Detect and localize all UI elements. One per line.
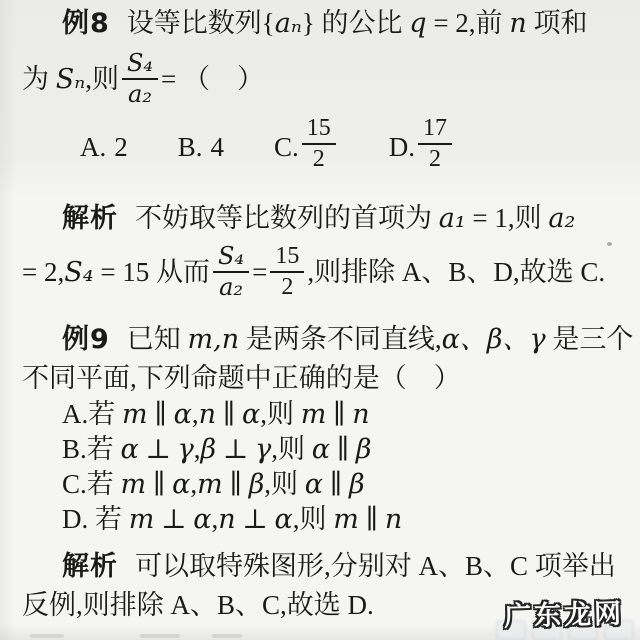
text-segment: ∥ xyxy=(146,469,172,499)
fraction-s4-over-a2: S₄ a₂ xyxy=(213,243,249,301)
math-symbol: Sₙ xyxy=(56,64,85,95)
text-segment: ,则 xyxy=(260,399,301,429)
example9-line1-segments: 已知 m,n 是两条不同直线,α、β、γ 是三个 xyxy=(127,324,634,354)
example8-line2-segments: 为 Sₙ,则 xyxy=(22,60,119,99)
math-symbol: aₙ xyxy=(275,8,302,39)
math-symbol: n xyxy=(199,399,216,430)
solution9-line1: 解析可以取特殊图形,分别对 A、B、C 项举出 xyxy=(22,547,624,586)
math-symbol: n xyxy=(218,504,235,535)
math-symbol: a₁ xyxy=(439,203,466,234)
example8-question-line2: 为 Sₙ,则 S₄ a₂ = （ ） xyxy=(22,47,624,111)
option-d-label: D. xyxy=(389,132,415,163)
example9-option-a: A.若 m ∥ α,n ∥ α,则 m ∥ n xyxy=(22,397,624,432)
text-segment: D. 若 xyxy=(62,504,129,534)
option-c-fraction: 15 2 xyxy=(302,115,336,173)
math-symbol: m xyxy=(121,469,147,500)
option-c-label: C. xyxy=(274,132,299,163)
math-symbol: α xyxy=(275,504,293,535)
text-segment: 项和 xyxy=(527,8,588,38)
text-segment: = 2,前 xyxy=(427,8,510,38)
option-d: D. 17 2 xyxy=(389,118,455,176)
math-symbol: n xyxy=(352,399,369,430)
solution8-line2: = 2,S₄ = 15 从而 S₄ a₂ = 15 2 ,则排除 A、B、D,故… xyxy=(22,240,624,304)
math-symbol: a₂ xyxy=(548,203,575,234)
option-c: C. 15 2 xyxy=(274,118,339,176)
text-segment: ⊥ xyxy=(216,434,255,464)
scan-smudge xyxy=(140,634,180,638)
math-symbol: S₄ xyxy=(64,257,93,288)
math-symbol: α xyxy=(121,434,139,465)
math-symbol: β xyxy=(249,469,265,500)
text-segment: ,则 xyxy=(293,504,334,534)
math-symbol: q xyxy=(409,8,426,39)
text-segment: , xyxy=(194,434,201,464)
scan-smudge xyxy=(212,634,242,638)
option-a-value: 2 xyxy=(114,132,128,163)
math-symbol: m xyxy=(301,399,327,430)
math-symbol: α xyxy=(174,399,192,430)
math-symbol: α xyxy=(242,399,260,430)
text-segment: = 15 从而 xyxy=(94,257,210,287)
math-symbol: γ xyxy=(255,434,271,465)
example8-answer-blank: = （ ） xyxy=(161,60,264,98)
math-symbol: m,n xyxy=(188,324,240,355)
solution9-line1-text: 可以取特殊图形,分别对 A、B、C 项举出 xyxy=(135,551,616,581)
text-segment: ,则 xyxy=(85,64,119,94)
math-symbol: α xyxy=(305,469,323,500)
site-watermark: 广东龙网 xyxy=(504,591,625,633)
page-content: 例8设等比数列{aₙ} 的公比 q = 2,前 n 项和 为 Sₙ,则 S₄ a… xyxy=(22,4,624,624)
fraction-numerator: S₄ xyxy=(122,50,158,78)
fraction-denominator: 2 xyxy=(302,143,336,173)
example8-line1-segments: 设等比数列{aₙ} 的公比 q = 2,前 n 项和 xyxy=(127,8,588,38)
example9-question-line2: 不同平面,下列命题中正确的是（ ） xyxy=(22,359,624,397)
text-segment: C.若 xyxy=(62,469,121,499)
text-segment: ⊥ xyxy=(236,504,275,534)
equals-sign: = xyxy=(252,253,267,291)
math-symbol: α xyxy=(193,504,211,535)
text-segment: ∥ xyxy=(148,399,174,429)
fraction-numerator: 15 xyxy=(270,243,304,271)
text-segment: 已知 xyxy=(127,324,188,354)
math-symbol: β xyxy=(356,434,372,465)
example9-label: 例9 xyxy=(62,324,110,355)
example8-question-line1: 例8设等比数列{aₙ} 的公比 q = 2,前 n 项和 xyxy=(22,4,624,43)
text-segment: = 2, xyxy=(22,257,64,287)
text-segment: ∥ xyxy=(359,504,385,534)
math-symbol: β xyxy=(349,469,365,500)
math-symbol: m xyxy=(333,504,359,535)
text-segment: ⊥ xyxy=(154,504,193,534)
solution9-line2-text: 反例,则排除 A、B、C,故选 D. xyxy=(22,590,374,620)
text-segment: ⊥ xyxy=(139,434,178,464)
math-symbol: m xyxy=(197,469,223,500)
text-segment: 是三个 xyxy=(546,324,634,354)
example8-options-row: A. 2 B. 4 C. 15 2 D. 17 2 xyxy=(22,119,624,175)
text-segment: ∥ xyxy=(326,399,352,429)
text-segment: 不妨取等比数列的首项为 xyxy=(135,203,439,233)
fraction-numerator: 15 xyxy=(302,115,336,143)
fraction-denominator: a₂ xyxy=(122,78,158,108)
text-segment: ∥ xyxy=(216,399,242,429)
text-segment: 设等比数列{ xyxy=(127,8,275,38)
solution9-label: 解析 xyxy=(62,551,118,582)
example9-question-line1: 例9已知 m,n 是两条不同直线,α、β、γ 是三个 xyxy=(22,320,624,359)
text-segment: , xyxy=(192,399,199,429)
math-symbol: α xyxy=(172,469,190,500)
fraction-s4-over-a2: S₄ a₂ xyxy=(122,50,158,108)
text-segment: A.若 xyxy=(62,399,122,429)
scan-smudge xyxy=(30,634,64,638)
text-segment: 是两条不同直线, xyxy=(239,324,442,354)
math-symbol: γ xyxy=(178,434,194,465)
text-segment: ,则 xyxy=(271,434,312,464)
text-segment: ∥ xyxy=(323,469,349,499)
math-symbol: β xyxy=(201,434,217,465)
example9-option-d: D. 若 m ⊥ α,n ⊥ α,则 m ∥ n xyxy=(22,502,624,537)
text-segment: = 1,则 xyxy=(466,203,549,233)
math-symbol: α xyxy=(312,434,330,465)
example9-option-c: C.若 m ∥ α,m ∥ β,则 α ∥ β xyxy=(22,467,624,502)
scan-speck xyxy=(607,242,612,246)
text-segment: ∥ xyxy=(223,469,249,499)
option-d-fraction: 17 2 xyxy=(418,115,452,173)
fraction-denominator: 2 xyxy=(270,271,304,301)
fraction-15-over-2: 15 2 xyxy=(270,243,304,301)
fraction-numerator: 17 xyxy=(418,115,452,143)
option-b-label: B. xyxy=(178,132,203,163)
fraction-denominator: 2 xyxy=(418,143,452,173)
fraction-denominator: a₂ xyxy=(213,271,249,301)
text-segment: B.若 xyxy=(62,434,121,464)
solution8-label: 解析 xyxy=(62,203,118,234)
scan-shading-left xyxy=(0,0,16,640)
text-segment: 为 xyxy=(22,64,56,94)
example9-line2-text: 不同平面,下列命题中正确的是（ ） xyxy=(22,363,461,393)
fraction-numerator: S₄ xyxy=(213,243,249,271)
solution8-line2-segments: = 2,S₄ = 15 从而 xyxy=(22,253,210,292)
option-b-value: 4 xyxy=(211,132,225,163)
math-symbol: m xyxy=(129,504,155,535)
solution8-line1: 解析不妨取等比数列的首项为 a₁ = 1,则 a₂ xyxy=(22,199,624,238)
text-segment: ,则 xyxy=(264,469,305,499)
solution8-conclusion: ,则排除 A、B、D,故选 C. xyxy=(307,253,605,291)
example8-label: 例8 xyxy=(62,8,110,39)
option-a-label: A. xyxy=(80,132,106,163)
math-symbol: n xyxy=(509,8,526,39)
scanned-textbook-page: 例8设等比数列{aₙ} 的公比 q = 2,前 n 项和 为 Sₙ,则 S₄ a… xyxy=(0,0,640,640)
text-segment: } 的公比 xyxy=(302,8,409,38)
option-b: B. 4 xyxy=(178,132,224,163)
math-symbol: m xyxy=(122,399,148,430)
example9-option-b: B.若 α ⊥ γ,β ⊥ γ,则 α ∥ β xyxy=(22,432,624,467)
option-a: A. 2 xyxy=(80,132,128,163)
text-segment: ∥ xyxy=(330,434,356,464)
math-symbol: n xyxy=(385,504,402,535)
math-symbol: α、β、γ xyxy=(442,324,546,355)
solution8-line1-segments: 不妨取等比数列的首项为 a₁ = 1,则 a₂ xyxy=(135,203,575,233)
